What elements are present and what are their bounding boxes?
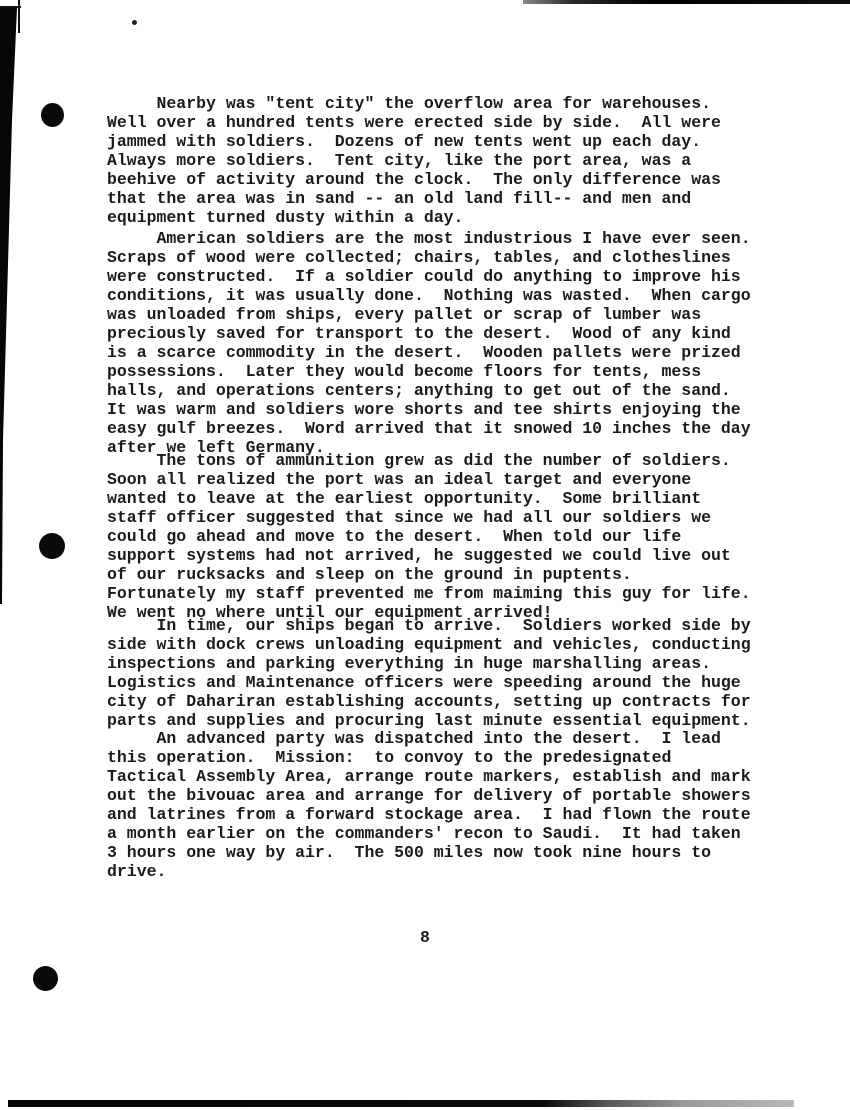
bottom-edge-scan-bar: [8, 1100, 794, 1107]
body-paragraph-industrious: American soldiers are the most industrio…: [107, 229, 751, 457]
body-paragraph-advanced-party: An advanced party was dispatched into th…: [107, 729, 751, 881]
body-paragraph-tent-city: Nearby was "tent city" the overflow area…: [107, 94, 721, 227]
scanned-document-page: Nearby was "tent city" the overflow area…: [0, 0, 850, 1110]
hole-punch-mark: [39, 533, 65, 559]
top-edge-scan-line: [523, 0, 850, 4]
body-paragraph-ammunition: The tons of ammunition grew as did the n…: [107, 451, 751, 622]
page-number: 8: [0, 928, 850, 947]
scan-speck: [132, 20, 137, 25]
body-paragraph-ships-arrive: In time, our ships began to arrive. Sold…: [107, 616, 751, 730]
left-edge-scan-shadow: [0, 0, 20, 610]
hole-punch-mark: [41, 103, 64, 127]
left-edge-notch-line-vertical: [18, 0, 20, 33]
hole-punch-mark: [33, 966, 58, 991]
